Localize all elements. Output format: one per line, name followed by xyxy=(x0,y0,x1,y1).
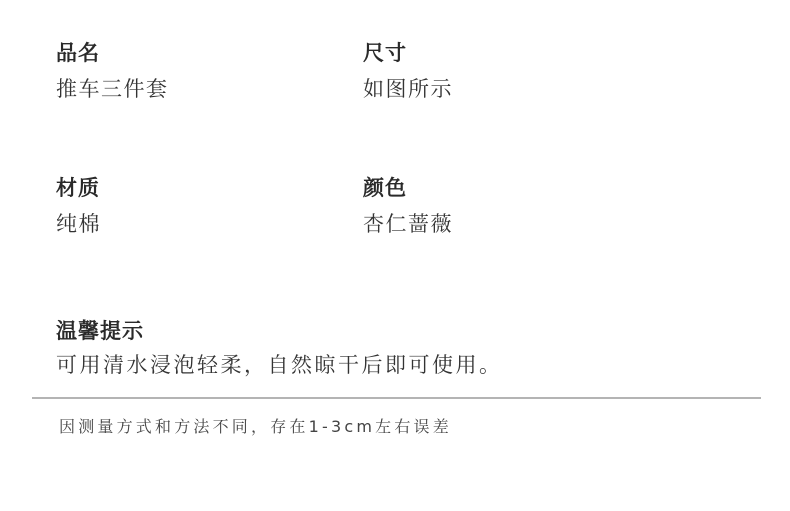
spec-value-material: 纯棉 xyxy=(56,211,101,237)
spec-value-color: 杏仁蔷薇 xyxy=(363,211,453,237)
divider xyxy=(32,397,761,399)
spec-color: 颜色 杏仁蔷薇 xyxy=(363,175,453,237)
spec-label-color: 颜色 xyxy=(363,175,453,201)
measurement-note: 因测量方式和方法不同，存在1-3cm左右误差 xyxy=(59,416,452,438)
spec-label-material: 材质 xyxy=(56,175,101,201)
care-tip-text: 可用清水浸泡轻柔，自然晾干后即可使用。 xyxy=(56,352,503,378)
spec-label-size: 尺寸 xyxy=(363,40,453,66)
spec-value-size: 如图所示 xyxy=(363,76,453,102)
spec-size: 尺寸 如图所示 xyxy=(363,40,453,102)
spec-label-product-name: 品名 xyxy=(56,40,169,66)
care-tip: 温馨提示 可用清水浸泡轻柔，自然晾干后即可使用。 xyxy=(56,318,503,378)
spec-value-product-name: 推车三件套 xyxy=(56,76,169,102)
care-tip-label: 温馨提示 xyxy=(56,318,503,344)
spec-product-name: 品名 推车三件套 xyxy=(56,40,169,102)
spec-material: 材质 纯棉 xyxy=(56,175,101,237)
